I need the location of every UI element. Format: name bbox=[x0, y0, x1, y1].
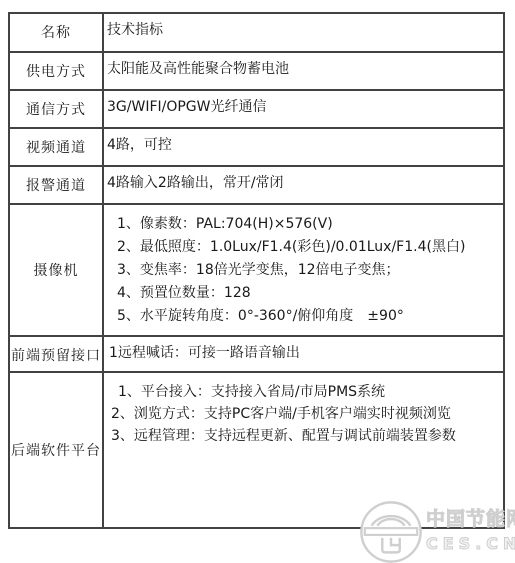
table-row-alarm: 报警通道 4路输入2路输出，常开/常闭 bbox=[9, 166, 504, 204]
spec-line: 3、远程管理：支持远程更新、配置与调试前端装置参数 bbox=[107, 425, 499, 447]
row-label: 报警通道 bbox=[9, 166, 103, 204]
row-label: 后端软件平台 bbox=[9, 372, 103, 528]
row-label: 视频通道 bbox=[9, 128, 103, 166]
row-label: 摄像机 bbox=[9, 204, 103, 336]
row-label: 供电方式 bbox=[9, 52, 103, 90]
header-spec-cell: 技术指标 bbox=[103, 13, 504, 52]
spec-line: 4、预置位数量：128 bbox=[107, 282, 499, 305]
spec-line: 1、像素数：PAL:704(H)×576(V) bbox=[107, 213, 499, 236]
ces-logo-icon bbox=[358, 499, 424, 563]
header-spec-label: 技术指标 bbox=[107, 22, 499, 38]
row-value: 4路，可控 bbox=[103, 128, 504, 166]
spec-line: 3、变焦率：18倍光学变焦，12倍电子变焦； bbox=[107, 259, 499, 282]
watermark-site-name: 中国节能网 bbox=[426, 504, 515, 531]
spec-line: 4路，可控 bbox=[107, 137, 499, 153]
spec-line: 4路输入2路输出，常开/常闭 bbox=[107, 175, 499, 191]
table-header-row: 名称 技术指标 bbox=[9, 13, 504, 52]
row-label: 前端预留接口 bbox=[9, 336, 103, 372]
spec-table: 名称 技术指标 供电方式 太阳能及高性能聚合物蓄电池 通信方式 3G/WIFI/… bbox=[8, 12, 505, 529]
spec-line: 2、浏览方式：支持PC客户端/手机客户端实时视频浏览 bbox=[107, 403, 499, 425]
spec-line: 1、平台接入：支持接入省局/市局PMS系统 bbox=[107, 381, 499, 403]
row-value: 4路输入2路输出，常开/常闭 bbox=[103, 166, 504, 204]
row-label: 通信方式 bbox=[9, 90, 103, 128]
table-row-power: 供电方式 太阳能及高性能聚合物蓄电池 bbox=[9, 52, 504, 90]
watermark-domain: CES.CN bbox=[426, 534, 515, 553]
table-row-video: 视频通道 4路，可控 bbox=[9, 128, 504, 166]
table-row-frontend-ports: 前端预留接口 1远程喊话：可接一路语音输出 bbox=[9, 336, 504, 372]
spec-line: 3G/WIFI/OPGW光纤通信 bbox=[107, 99, 499, 115]
row-value: 1、像素数：PAL:704(H)×576(V) 2、最低照度：1.0Lux/F1… bbox=[103, 204, 504, 336]
table-row-camera: 摄像机 1、像素数：PAL:704(H)×576(V) 2、最低照度：1.0Lu… bbox=[9, 204, 504, 336]
spec-line: 太阳能及高性能聚合物蓄电池 bbox=[107, 61, 499, 77]
spec-line: 2、最低照度：1.0Lux/F1.4(彩色)/0.01Lux/F1.4(黑白) bbox=[107, 236, 499, 259]
page: 名称 技术指标 供电方式 太阳能及高性能聚合物蓄电池 通信方式 3G/WIFI/… bbox=[0, 0, 515, 563]
row-value: 3G/WIFI/OPGW光纤通信 bbox=[103, 90, 504, 128]
header-name-cell: 名称 bbox=[9, 13, 103, 52]
spec-line: 5、水平旋转角度：0°-360°/俯仰角度 ±90° bbox=[107, 305, 499, 328]
watermark-text: 中国节能网 CES.CN bbox=[426, 504, 515, 553]
row-value: 1远程喊话：可接一路语音输出 bbox=[103, 336, 504, 372]
row-value: 太阳能及高性能聚合物蓄电池 bbox=[103, 52, 504, 90]
spec-line: 1远程喊话：可接一路语音输出 bbox=[107, 345, 499, 361]
watermark: 中国节能网 CES.CN bbox=[358, 495, 515, 563]
table-row-comm: 通信方式 3G/WIFI/OPGW光纤通信 bbox=[9, 90, 504, 128]
